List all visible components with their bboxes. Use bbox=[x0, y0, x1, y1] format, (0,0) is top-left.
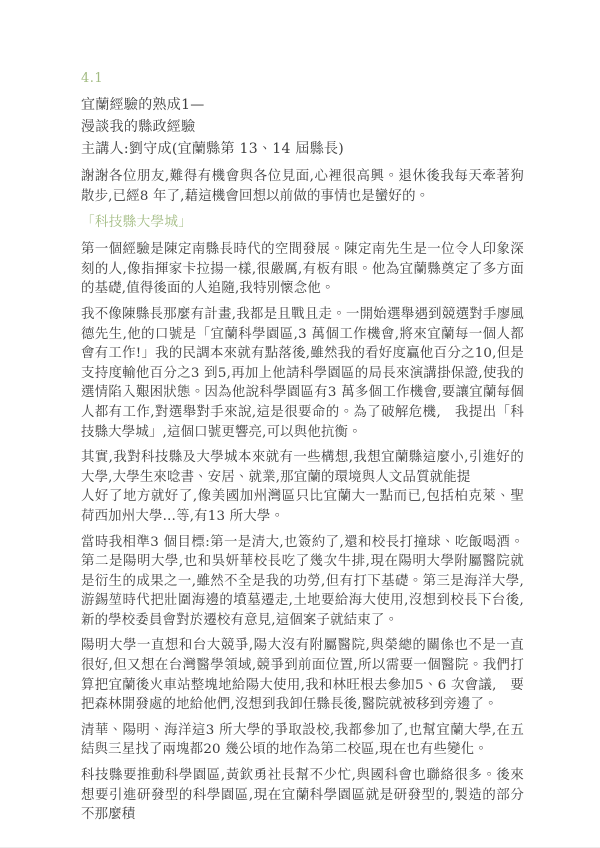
body-paragraph: 我不像陳縣長那麼有計畫,我都是且戰且走。一開始選舉遇到競選對手廖風德先生,他的口… bbox=[81, 305, 524, 442]
body-paragraph: 科技縣要推動科學園區,黃欽勇社長幫不少忙,與國科會也聯絡很多。後來想要引進研發型… bbox=[81, 766, 524, 825]
body-paragraph: 當時我相準3 個目標:第一是清大,也簽約了,還和校長打撞球、吃飯喝酒。第二是陽明… bbox=[81, 533, 524, 631]
body-paragraph: 第一個經驗是陳定南縣長時代的空間發展。陳定南先生是一位令人印象深刻的人,像指揮家… bbox=[81, 240, 524, 299]
section-number: 4.1 bbox=[81, 71, 524, 87]
intro-paragraph: 謝謝各位朋友,難得有機會與各位見面,心裡很高興。退休後我每天牽著狗散步,已經8 … bbox=[81, 167, 524, 206]
body-paragraph: 陽明大學一直想和台大競爭,陽大沒有附屬醫院,與榮總的關係也不是一直很好,但又想在… bbox=[81, 636, 524, 714]
document-page: 4.1 宜蘭經驗的熟成1— 漫談我的縣政經驗 主講人:劉守成(宜蘭縣第 13、1… bbox=[0, 0, 600, 825]
title-block: 宜蘭經驗的熟成1— 漫談我的縣政經驗 主講人:劉守成(宜蘭縣第 13、14 屆縣… bbox=[81, 94, 524, 160]
doc-title-line2: 漫談我的縣政經驗 bbox=[81, 116, 524, 138]
body-paragraph: 清華、陽明、海洋這3 所大學的爭取設校,我都參加了,也幫宜蘭大學,在五結與三星找… bbox=[81, 721, 524, 760]
doc-title-line1: 宜蘭經驗的熟成1— bbox=[81, 94, 524, 116]
speaker-line: 主講人:劉守成(宜蘭縣第 13、14 屆縣長) bbox=[81, 138, 524, 160]
section-heading: 「科技縣大學城」 bbox=[81, 212, 524, 232]
body-paragraph: 其實,我對科技縣及大學城本來就有一些構想,我想宜蘭縣這麼小,引進好的大學,大學生… bbox=[81, 448, 524, 526]
